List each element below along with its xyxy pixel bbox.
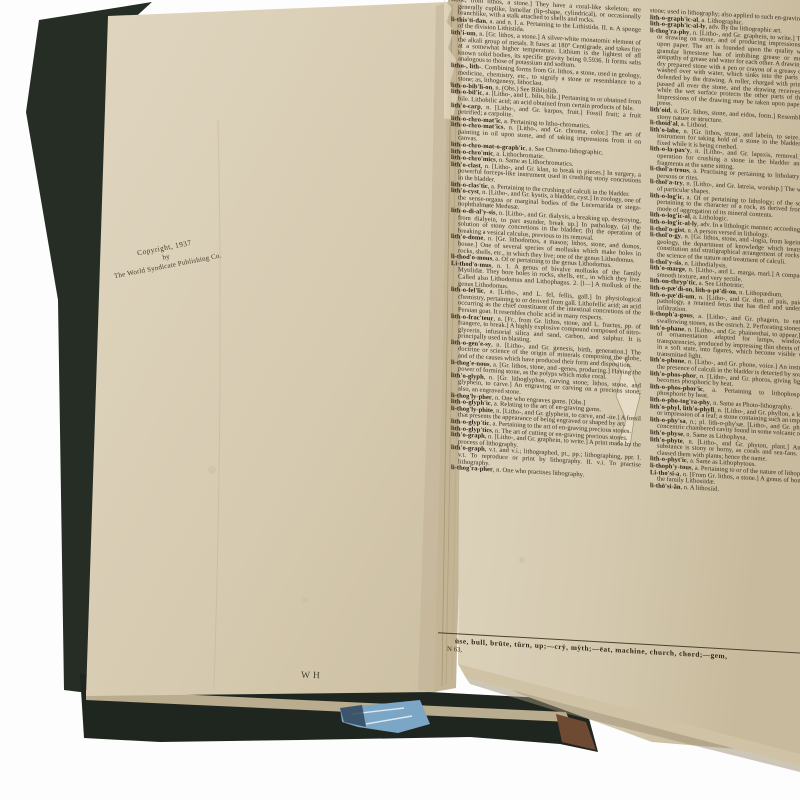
- book-photo: Copyright, 1937 by The World Syndicate P…: [0, 0, 800, 800]
- foxing-stain: [302, 597, 308, 603]
- foxing-stain: [519, 557, 525, 563]
- dictionary-column-1: stone, from lithos, a stone.] They have …: [451, 0, 641, 482]
- dictionary-column-2: stone; used in lithography; also applied…: [650, 8, 800, 500]
- left-page: [86, 2, 448, 696]
- dictionary-entry: li-thog'ra-phy, n. [Litho-, and Gr. grap…: [650, 28, 800, 118]
- headword: li-thog'ra-pher: [451, 464, 493, 473]
- left-page-signature-mark: WH: [301, 671, 323, 682]
- entry-text: , n. A lithosiid.: [681, 484, 720, 493]
- entry-text: , n. [Litho-, and Gr. graphein, to write…: [657, 29, 800, 111]
- foxing-stain: [208, 466, 216, 474]
- headword: li-thō'si-ăn: [650, 482, 681, 491]
- entry-text: , n. [Litho-, and Gr. phainesthai, to ap…: [657, 326, 800, 362]
